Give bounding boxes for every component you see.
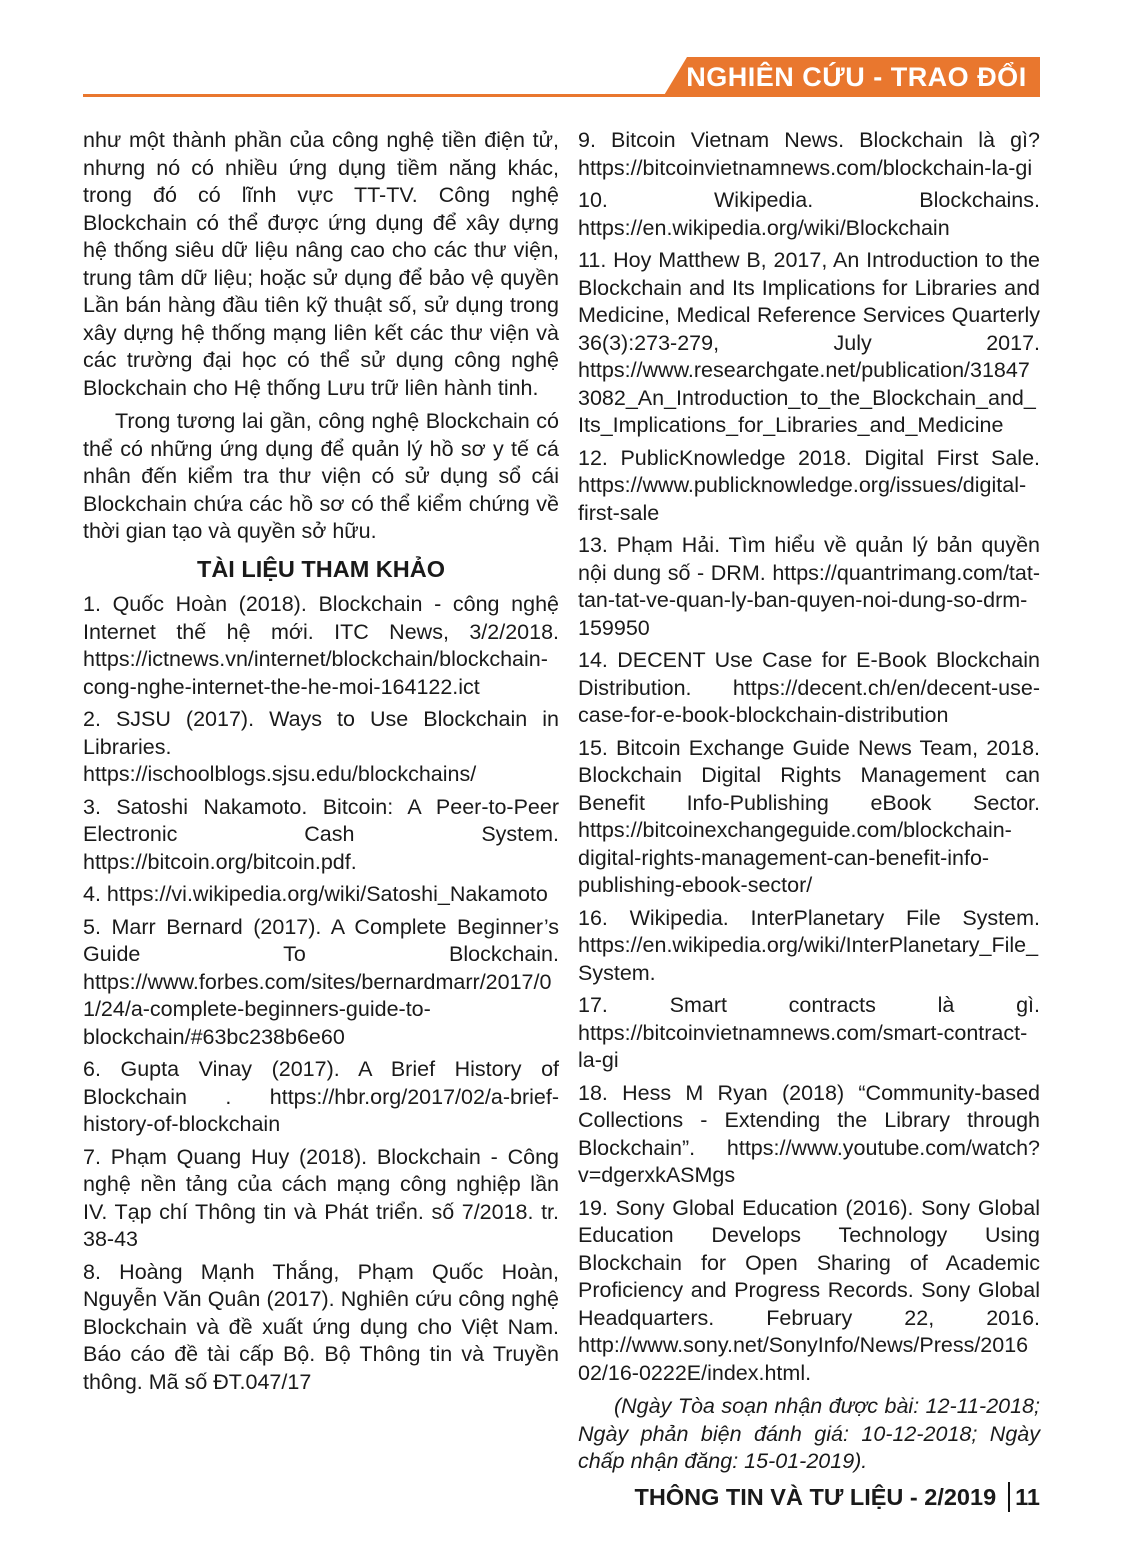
- page-number: 11: [1015, 1484, 1040, 1511]
- reference-item: 1. Quốc Hoàn (2018). Blockchain - công n…: [83, 591, 559, 701]
- journal-footer-label: THÔNG TIN VÀ TƯ LIỆU - 2/2019: [635, 1484, 997, 1511]
- reference-item: 6. Gupta Vinay (2017). A Brief History o…: [83, 1056, 559, 1139]
- right-column: 9. Bitcoin Vietnam News. Blockchain là g…: [578, 127, 1040, 1497]
- left-column: như một thành phần của công nghệ tiền đi…: [83, 127, 559, 1497]
- section-banner-label: NGHIÊN CỨU - TRAO ĐỔI: [676, 62, 1026, 93]
- reference-item: 19. Sony Global Education (2016). Sony G…: [578, 1195, 1040, 1388]
- reference-item: 14. DECENT Use Case for E-Book Blockchai…: [578, 647, 1040, 730]
- reference-item: 10. Wikipedia. Blockchains. https://en.w…: [578, 187, 1040, 242]
- section-banner: NGHIÊN CỨU - TRAO ĐỔI: [663, 57, 1040, 97]
- reference-item: 8. Hoàng Mạnh Thắng, Phạm Quốc Hoàn, Ngu…: [83, 1259, 559, 1397]
- reference-item: 18. Hess M Ryan (2018) “Community-based …: [578, 1080, 1040, 1190]
- references-list-right: 9. Bitcoin Vietnam News. Blockchain là g…: [578, 127, 1040, 1387]
- footer-divider: [1008, 1482, 1010, 1512]
- body-paragraph: như một thành phần của công nghệ tiền đi…: [83, 127, 559, 402]
- journal-page: NGHIÊN CỨU - TRAO ĐỔI như một thành phần…: [0, 0, 1122, 1564]
- reference-item: 5. Marr Bernard (2017). A Complete Begin…: [83, 914, 559, 1052]
- reference-item: 3. Satoshi Nakamoto. Bitcoin: A Peer-to-…: [83, 794, 559, 877]
- editorial-dates-note: (Ngày Tòa soạn nhận được bài: 12-11-2018…: [578, 1393, 1040, 1476]
- page-footer: THÔNG TIN VÀ TƯ LIỆU - 2/2019 11: [635, 1482, 1040, 1512]
- reference-item: 4. https://vi.wikipedia.org/wiki/Satoshi…: [83, 881, 559, 909]
- body-paragraph: Trong tương lai gần, công nghệ Blockchai…: [83, 408, 559, 546]
- reference-item: 9. Bitcoin Vietnam News. Blockchain là g…: [578, 127, 1040, 182]
- reference-item: 11. Hoy Matthew B, 2017, An Introduction…: [578, 247, 1040, 440]
- reference-item: 16. Wikipedia. InterPlanetary File Syste…: [578, 905, 1040, 988]
- references-heading: TÀI LIỆU THAM KHẢO: [83, 556, 559, 584]
- reference-item: 12. PublicKnowledge 2018. Digital First …: [578, 445, 1040, 528]
- article-body: như một thành phần của công nghệ tiền đi…: [83, 127, 1040, 1497]
- reference-item: 7. Phạm Quang Huy (2018). Blockchain - C…: [83, 1144, 559, 1254]
- reference-item: 17. Smart contracts là gì. https://bitco…: [578, 992, 1040, 1075]
- reference-item: 15. Bitcoin Exchange Guide News Team, 20…: [578, 735, 1040, 900]
- reference-item: 2. SJSU (2017). Ways to Use Blockchain i…: [83, 706, 559, 789]
- references-list-left: 1. Quốc Hoàn (2018). Blockchain - công n…: [83, 591, 559, 1396]
- reference-item: 13. Phạm Hải. Tìm hiểu về quản lý bản qu…: [578, 532, 1040, 642]
